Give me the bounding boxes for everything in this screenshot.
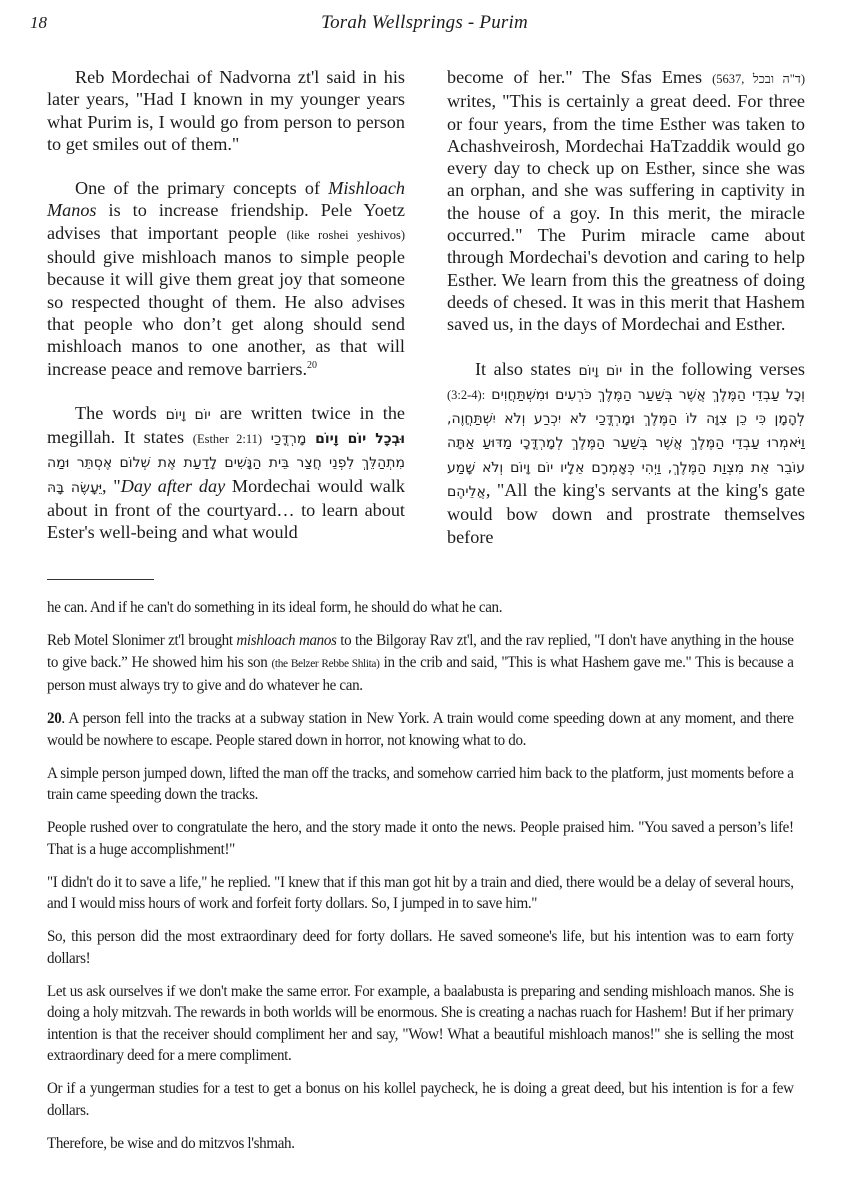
footnote-ref[interactable]: 20 <box>307 360 317 371</box>
text-span: , "All the king's servants at the king's… <box>447 480 805 547</box>
footnote-paragraph: he can. And if he can't do something in … <box>47 597 794 619</box>
text-span: Reb Motel Slonimer zt'l brought <box>47 632 236 649</box>
footnote-paragraph: Reb Motel Slonimer zt'l brought mishloac… <box>47 630 794 697</box>
right-column: become of her." The Sfas Emes (5637, ד"ה… <box>447 66 805 570</box>
running-head: 18 Torah Wellsprings - Purim <box>30 12 819 44</box>
book-title: Torah Wellsprings - Purim <box>30 12 819 34</box>
paragraph-mishloach-manos: One of the primary concepts of Mishloach… <box>47 177 405 380</box>
footnote-paragraph: People rushed over to congratulate the h… <box>47 817 794 860</box>
text-span: , " <box>102 476 121 496</box>
footnotes: he can. And if he can't do something in … <box>47 597 794 1166</box>
left-column: Reb Mordechai of Nadvorna zt'l said in h… <box>47 66 405 566</box>
footnote-paragraph: Let us ask ourselves if we don't make th… <box>47 981 794 1067</box>
footnote-paragraph: So, this person did the most extraordina… <box>47 926 794 969</box>
text-span: It also states <box>475 359 578 379</box>
footnote-number: 20 <box>47 710 61 727</box>
footnote-separator <box>47 579 154 580</box>
paragraph-following-verses: It also states יוֹם וָיוֹם in the follow… <box>447 358 805 548</box>
footnote-paragraph: A simple person jumped down, lifted the … <box>47 763 794 806</box>
source-citation: (5637, ד"ה ובכל) <box>712 72 805 86</box>
footnote-paragraph: Or if a yungerman studies for a test to … <box>47 1078 794 1121</box>
italic-term: mishloach manos <box>236 632 336 649</box>
source-citation: (Esther 2:11) <box>193 432 262 446</box>
italic-translation: Day after day <box>121 476 225 496</box>
text-span: . A person fell into the tracks at a sub… <box>47 710 794 749</box>
text-span: become of her." The Sfas Emes <box>447 67 712 87</box>
text-span: should give mishloach manos to simple pe… <box>47 247 405 378</box>
parenthetical-note: (like roshei yeshivos) <box>287 228 405 242</box>
hebrew-phrase: יוֹם וָיוֹם <box>166 407 211 423</box>
main-text-columns: Reb Mordechai of Nadvorna zt'l said in h… <box>47 66 805 556</box>
text-span: The words <box>75 403 166 423</box>
text-span: One of the primary concepts of <box>75 178 328 198</box>
hebrew-phrase: יוֹם וָיוֹם <box>578 363 622 379</box>
footnote-paragraph: "I didn't do it to save a life," he repl… <box>47 872 794 915</box>
source-citation: (3:2-4): <box>447 388 485 402</box>
paragraph-nadvorna: Reb Mordechai of Nadvorna zt'l said in h… <box>47 66 405 155</box>
parenthetical-note: (the Belzer Rebbe Shlita) <box>271 658 379 670</box>
text-span: writes, "This is certainly a great deed.… <box>447 91 805 334</box>
hebrew-verse-bold: וּבְכָל יוֹם וָיוֹם <box>315 431 405 447</box>
text-span: in the following verses <box>622 359 805 379</box>
footnote-paragraph: Therefore, be wise and do mitzvos l'shma… <box>47 1133 794 1155</box>
footnote-20: 20. A person fell into the tracks at a s… <box>47 708 794 751</box>
paragraph-yom-vayom: The words יוֹם וָיוֹם are written twice … <box>47 402 405 544</box>
paragraph-sfas-emes: become of her." The Sfas Emes (5637, ד"ה… <box>447 66 805 336</box>
